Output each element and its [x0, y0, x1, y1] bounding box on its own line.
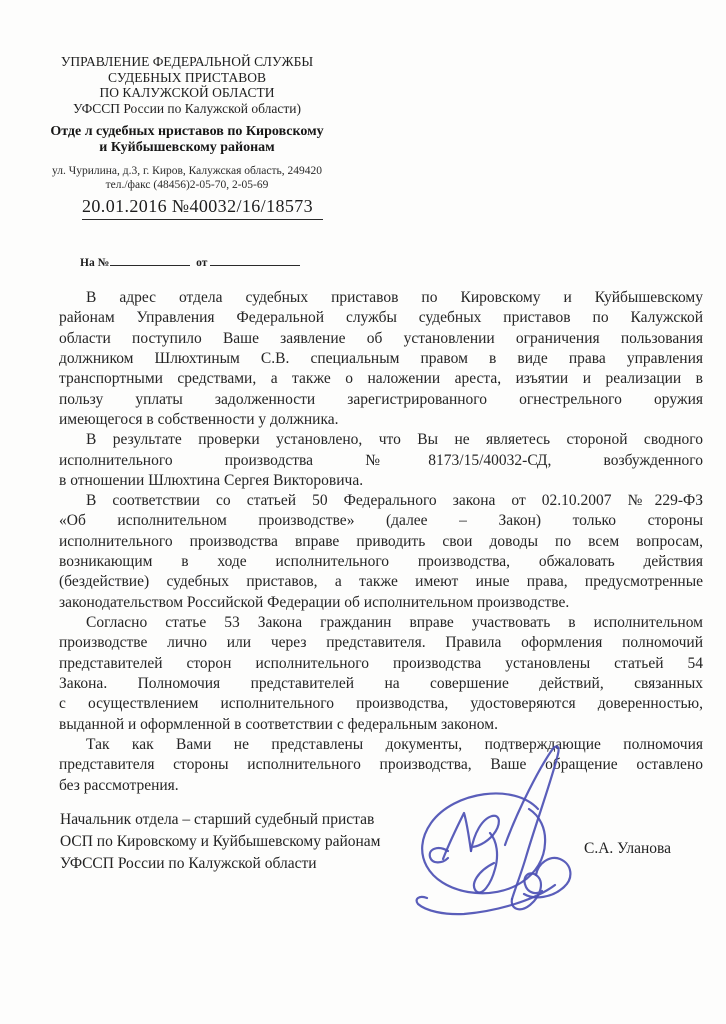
- body-line: районам Управления Федеральной службы су…: [59, 308, 703, 328]
- org-name-line: УФССП России по Калужской области): [26, 101, 348, 117]
- document-page: УПРАВЛЕНИЕ ФЕДЕРАЛЬНОЙ СЛУЖБЫ СУДЕБНЫХ П…: [0, 0, 726, 1024]
- body-line: Закона. Полномочия представителей на сов…: [59, 674, 703, 694]
- signer-position-line: УФССП России по Калужской области: [60, 853, 480, 875]
- signature-loop-stroke: [512, 873, 542, 909]
- department-line: Отде л судебных нриставов по Кировскому: [26, 124, 348, 140]
- body-line: Так как Вами не представлены документы, …: [59, 735, 703, 755]
- body-line: законодательством Российской Федерации о…: [59, 593, 703, 613]
- body-line: возникающим в ходе исполнительного произ…: [59, 552, 703, 572]
- body-line: области поступило Ваше заявление об уста…: [59, 329, 703, 349]
- signature-tail-stroke: [417, 885, 555, 914]
- paragraph: Так как Вами не представлены документы, …: [59, 735, 703, 796]
- org-name-line: УПРАВЛЕНИЕ ФЕДЕРАЛЬНОЙ СЛУЖБЫ: [26, 54, 348, 70]
- paragraph: В результате проверки установлено, что В…: [59, 430, 703, 491]
- body-line: Согласно статье 53 Закона гражданин впра…: [59, 613, 703, 633]
- signer-position-line: Начальник отдела – старший судебный прис…: [60, 809, 480, 831]
- paragraph: В адрес отдела судебных приставов по Кир…: [59, 288, 703, 430]
- reply-reference-line: На №от: [80, 254, 300, 269]
- org-name-line: СУДЕБНЫХ ПРИСТАВОВ: [26, 70, 348, 86]
- body-line: выданной и оформленной в соответствии с …: [59, 715, 703, 735]
- body-line: производстве лично или через представите…: [59, 633, 703, 653]
- signoff-block: Начальник отдела – старший судебный прис…: [60, 809, 480, 875]
- body-line: В результате проверки установлено, что В…: [59, 430, 703, 450]
- body-line: В соответствии со статьей 50 Федеральног…: [59, 491, 703, 511]
- body-line: исполнительного производства №8173/15/40…: [59, 451, 703, 471]
- body-line: транспортными средствами, а также о нало…: [59, 369, 703, 389]
- letter-body: В адрес отдела судебных приставов по Кир…: [59, 288, 703, 796]
- body-line: без рассмотрения.: [59, 776, 703, 796]
- outgoing-number: 20.01.2016 №40032/16/18573: [82, 196, 323, 220]
- department-line: и Куйбышевскому районам: [26, 140, 348, 156]
- phone-line: тел./факс (48456)2-05-70, 2-05-69: [26, 179, 348, 193]
- paragraph: В соответствии со статьей 50 Федеральног…: [59, 491, 703, 613]
- body-line: (бездействие) судебных приставов, а такж…: [59, 572, 703, 592]
- body-line: пользу уплаты задолженности зарегистриро…: [59, 390, 703, 410]
- body-line: в отношении Шлюхтина Сергея Викторовича.: [59, 471, 703, 491]
- signer-position-line: ОСП по Кировскому и Куйбышевскому района…: [60, 831, 480, 853]
- signer-name: С.А. Уланова: [584, 840, 671, 858]
- body-line: представителя стороны исполнительного пр…: [59, 755, 703, 775]
- signature-loop-stroke: [524, 858, 570, 897]
- letterhead: УПРАВЛЕНИЕ ФЕДЕРАЛЬНОЙ СЛУЖБЫ СУДЕБНЫХ П…: [26, 54, 348, 192]
- body-line: представителей сторон исполнительного пр…: [59, 654, 703, 674]
- body-line: с осуществлением исполнительного произво…: [59, 694, 703, 714]
- body-line: В адрес отдела судебных приставов по Кир…: [59, 288, 703, 308]
- department-name: Отде л судебных нриставов по Кировскому …: [26, 124, 348, 155]
- reply-number-blank: [110, 254, 190, 266]
- address-line: ул. Чурилина, д.3, г. Киров, Калужская о…: [26, 165, 348, 179]
- contact-block: ул. Чурилина, д.3, г. Киров, Калужская о…: [26, 165, 348, 192]
- org-name-line: ПО КАЛУЖСКОЙ ОБЛАСТИ: [26, 85, 348, 101]
- body-line: должником Шлюхтиным С.В. специальным пра…: [59, 349, 703, 369]
- reply-from-label: от: [196, 257, 207, 269]
- reply-prefix-label: На №: [80, 257, 109, 269]
- body-line: исполнительного производства вправе прив…: [59, 532, 703, 552]
- body-line: «Об исполнительном производстве» (далее …: [59, 511, 703, 531]
- reply-date-blank: [210, 254, 300, 266]
- paragraph: Согласно статье 53 Закона гражданин впра…: [59, 613, 703, 735]
- body-line: имеющегося в собственности у должника.: [59, 410, 703, 430]
